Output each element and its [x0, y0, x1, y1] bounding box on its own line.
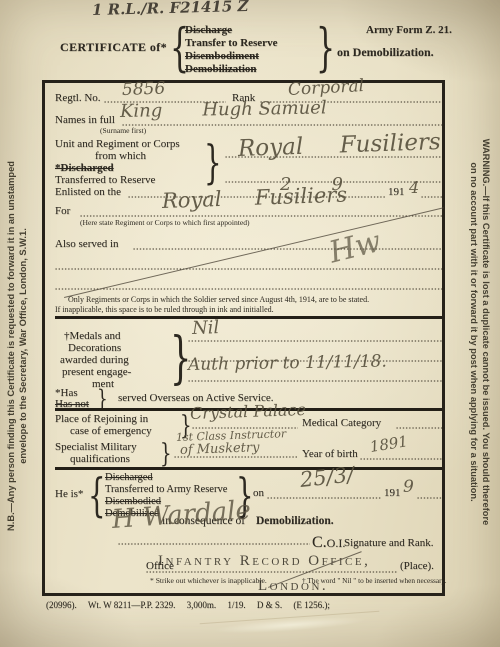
enlisted-year-written: 4 [409, 178, 419, 197]
medals-label-line4: present engage- [62, 366, 131, 378]
for-note: (Here state Regiment or Corps to which f… [80, 219, 250, 227]
office-stamp-line1: Infantry Record Office, [158, 553, 370, 570]
office-place-label: (Place). [400, 560, 434, 572]
signature-label: Signature and Rank. [344, 537, 434, 549]
he-is-left-brace: { [88, 472, 106, 518]
left-margin-line2: envelope to the Secretary, War Office, L… [17, 86, 29, 606]
header-option-discharge: Discharge [185, 24, 232, 36]
enlisted-year-printed: 191 [388, 186, 405, 198]
paper-crease [200, 611, 381, 639]
also-served-leader1 [133, 248, 442, 250]
medals-value-auth: Auth prior to 11/11/18. [188, 352, 387, 375]
army-form-number: Army Form Z. 21. [366, 24, 452, 36]
enlisted-label: Enlisted on the [55, 186, 121, 198]
signature-leader [118, 543, 310, 545]
certificate-document: N.B.—Any person finding this Certificate… [0, 0, 500, 647]
surname-first-note: (Surname first) [100, 127, 146, 135]
he-is-year-printed: 191 [384, 487, 401, 499]
medals-label-line3: awarded during [60, 354, 129, 366]
regtl-no-value: 5856 [122, 78, 166, 99]
also-served-label: Also served in [55, 238, 119, 250]
medals-label-line2: Decorations [68, 342, 121, 354]
year-of-birth-label: Year of birth [302, 448, 358, 460]
year-of-birth-leader [360, 458, 442, 460]
footnote-nil: † The word " Nil " to be inserted when n… [302, 577, 447, 585]
he-is-option-discharged: Discharged [105, 472, 153, 484]
left-margin-note: N.B.—Any person finding this Certificate… [5, 86, 29, 606]
rejoining-label-line2: case of emergency [70, 425, 152, 437]
regtl-no-label: Regtl. No. [55, 92, 101, 104]
printer-imprint: (20996). Wt. W 8211—P.P. 2329. 3,000m. 1… [46, 601, 330, 611]
also-served-leader2 [55, 268, 442, 270]
footnote-strike-out: * Strike out whichever is inapplicable. [150, 577, 267, 585]
specialist-value-line2: of Musketry [180, 440, 260, 458]
he-is-option-transferred: Transferred to Army Reserve [105, 484, 227, 496]
he-is-leader-tail [417, 497, 442, 499]
ruling-note-line2: If inapplicable, this space is to be rul… [55, 306, 274, 315]
right-margin-line1: WARNING.—If this Certificate is lost a d… [480, 72, 492, 592]
he-is-label: He is* [55, 488, 83, 500]
medical-category-leader [396, 427, 442, 429]
medals-leader3 [188, 380, 442, 382]
also-served-leader3 [55, 288, 442, 290]
specialist-brace: } [160, 441, 172, 467]
unit-label-line2: from which [95, 150, 146, 162]
right-margin-warning: WARNING.—If this Certificate is lost a d… [468, 72, 492, 592]
on-demobilization-label: on Demobilization. [337, 46, 434, 59]
unit-label-line1: Unit and Regiment or Corps [55, 138, 180, 150]
unit-transferred-label: Transferred to Reserve [55, 174, 155, 186]
he-is-date-leader [267, 497, 381, 499]
names-value: King Hugh Samuel [120, 97, 327, 122]
medals-label-line1: †Medals and [64, 330, 121, 342]
header-option-disembodiment: Disembodiment [185, 50, 259, 62]
right-margin-line2: on no account part with it or forward it… [468, 72, 480, 592]
office-leader [146, 571, 398, 573]
left-margin-line1: N.B.—Any person finding this Certificate… [5, 86, 17, 606]
rejoining-value: Crystal Palace [190, 400, 307, 423]
enlisted-leader-tail [421, 196, 442, 198]
names-label: Names in full [55, 114, 115, 126]
unit-brace: } [204, 139, 222, 185]
signature-coi: C.O.I. [312, 534, 345, 552]
medals-leader1 [188, 340, 442, 342]
header-option-demobilization: Demobilization [185, 63, 257, 75]
rejoining-label-line1: Place of Rejoining in [55, 413, 148, 425]
he-is-on-label: on [253, 487, 264, 499]
for-label: For [55, 205, 70, 217]
handwritten-reference: 1 R.L./R. F21415 Z [92, 0, 249, 19]
names-leader [122, 124, 442, 126]
he-is-year-written: 9 [403, 477, 414, 497]
medical-category-label: Medical Category [302, 417, 381, 429]
certificate-title: CERTIFICATE of* [60, 41, 167, 54]
header-option-transfer: Transfer to Reserve [185, 37, 277, 49]
medals-value-nil: Nil [192, 317, 220, 339]
specialist-label-line1: Specialist Military [55, 441, 137, 453]
consequence-emphasis: Demobilization. [256, 515, 334, 528]
section-rule-1 [55, 316, 442, 319]
unit-discharged-label: *Discharged [55, 162, 114, 174]
ruling-note-line1: Only Regiments or Corps in which the Sol… [68, 296, 369, 305]
specialist-label-line2: qualifications [70, 453, 130, 465]
header-right-brace: } [316, 22, 335, 73]
